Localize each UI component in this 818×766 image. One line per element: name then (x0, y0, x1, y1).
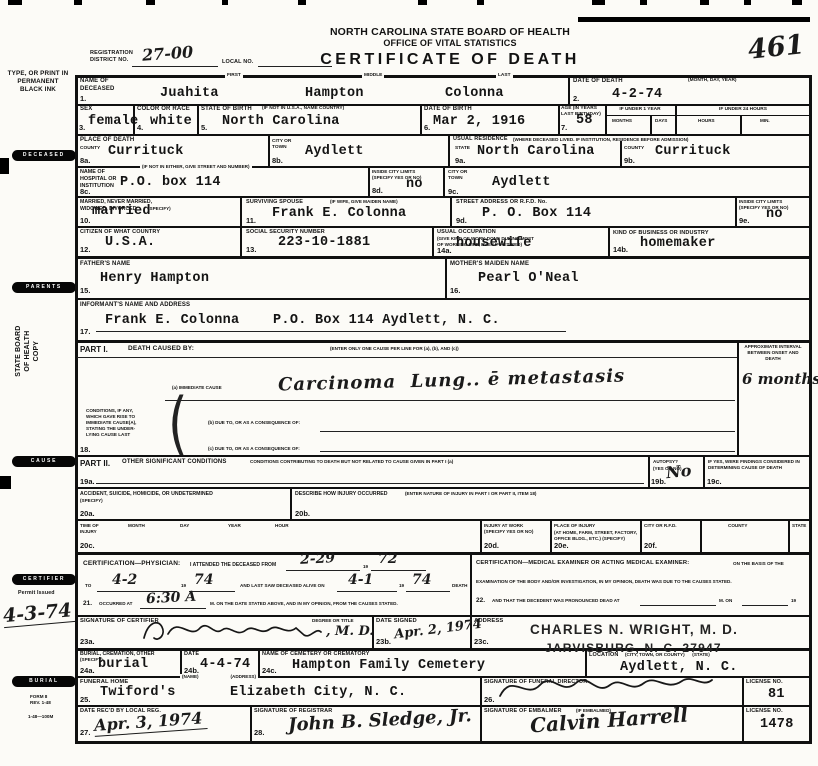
deceased-middle-name: Hampton (305, 86, 364, 101)
field-number: 5. (201, 123, 207, 132)
field-number: 23b. (376, 637, 391, 646)
injury-at-work-sub: (SPECIFY YES OR NO) (484, 529, 546, 535)
margin-tab-parents: PARENTS (12, 282, 76, 293)
last-alive-date: 4-1 (348, 572, 373, 588)
registration-mark (792, 0, 802, 5)
field-number: 3. (79, 123, 85, 132)
divider (75, 134, 810, 136)
margin-received-date: 4-3-74 (2, 599, 76, 628)
divider (420, 104, 422, 134)
line (640, 605, 716, 606)
registration-district-value: 27-00 (141, 42, 193, 65)
street-address-value: P. O. Box 114 (482, 206, 591, 221)
field-number: 21. (83, 600, 92, 607)
divider (240, 196, 242, 226)
mother-name-label: MOTHER'S MAIDEN NAME (450, 261, 529, 269)
spouse-sub: (IF WIFE, GIVE MAIDEN NAME) (330, 199, 398, 205)
certifier-signature (138, 614, 323, 646)
section-divider (75, 552, 810, 555)
to-text: TO (85, 583, 91, 589)
divider (737, 340, 739, 455)
attended-from-year: 72 (378, 551, 397, 567)
deceased-first-name: Juahita (160, 86, 219, 101)
registration-mark (418, 0, 427, 5)
divider (75, 298, 810, 300)
divider (788, 519, 790, 552)
field-number: 9b. (624, 156, 635, 165)
certification-physician-head: CERTIFICATION—PHYSICIAN: (83, 560, 180, 568)
divider (443, 166, 445, 196)
part2-title: OTHER SIGNIFICANT CONDITIONS (122, 459, 227, 467)
state-of-birth-value: North Carolina (222, 114, 340, 129)
funeral-home-sub: (NAME) (ADDRESS) (180, 674, 258, 680)
line (96, 483, 644, 484)
race-label: COLOR OR RACE (137, 106, 190, 114)
registration-mark (298, 0, 306, 5)
minutes-header: MIN. (760, 118, 770, 124)
injury-state-label: STATE (792, 523, 806, 529)
father-name-label: FATHER'S NAME (80, 261, 130, 269)
print-code: 1-48—100M (28, 714, 53, 720)
field-number: 18. (80, 445, 90, 454)
field-number: 7. (561, 123, 567, 132)
line (320, 451, 735, 452)
divider (258, 648, 260, 676)
divider (558, 104, 560, 134)
divider (240, 226, 242, 256)
divider (568, 75, 570, 104)
under-24-hours-label: IF UNDER 24 HOURS (678, 107, 808, 113)
autopsy-value: No (665, 461, 692, 483)
registration-mark (74, 0, 82, 5)
field-number: 19c. (707, 477, 722, 486)
registration-district-label: REGISTRATION DISTRICT NO. (90, 50, 133, 64)
examiner-opinion-text: EXAMINATION OF THE BODY AND/OR INVESTIGA… (476, 579, 806, 585)
form-border (75, 741, 812, 744)
industry-value: homemaker (640, 236, 716, 251)
field-number: 28. (254, 728, 264, 737)
cause-note: (ENTER ONLY ONE CAUSE PER LINE FOR (a), … (330, 346, 459, 352)
time-of-death-value: 6:30 A (146, 589, 197, 608)
divider (432, 226, 434, 256)
divider (608, 226, 610, 256)
death-certificate-scan: NORTH CAROLINA STATE BOARD OF HEALTH OFF… (0, 0, 818, 766)
residence-county-value: Currituck (655, 144, 731, 159)
certifier-stamp-address: JARVISBURG, N. C. 27947 (545, 641, 722, 655)
accident-label: ACCIDENT, SUICIDE, HOMICIDE, OR UNDETERM… (80, 491, 213, 498)
death-county-value: Currituck (108, 144, 184, 159)
year-prefix: 19 (791, 598, 796, 604)
registration-mark (146, 0, 155, 5)
year-prefix: 19 (399, 583, 404, 589)
certifier-signature-suffix: , M. D. (326, 624, 374, 639)
field-number: 24a. (80, 666, 95, 675)
field-number: 20d. (484, 541, 499, 550)
county-label: COUNTY (80, 146, 100, 152)
divider (742, 705, 744, 741)
line (406, 591, 450, 592)
days-header: DAYS (655, 118, 667, 124)
name-last-header: LAST (496, 73, 513, 79)
date-of-birth-label: DATE OF BIRTH (424, 106, 472, 114)
line (132, 66, 218, 67)
divider (75, 196, 810, 198)
registration-mark (640, 0, 647, 5)
divider (620, 141, 622, 166)
marital-sub: (SPECIFY) (148, 206, 171, 212)
hospital-sub: (IF NOT IN EITHER, GIVE STREET AND NUMBE… (140, 164, 252, 170)
divider (605, 115, 810, 116)
field-number: 1. (80, 94, 86, 103)
field-number: 23a. (80, 637, 95, 646)
divider (268, 134, 270, 166)
divider (75, 487, 810, 489)
pronounced-text: AND THAT THE DECEDENT WAS PRONOUNCED DEA… (492, 598, 620, 604)
injury-county-label: COUNTY (728, 523, 747, 529)
place-of-injury-label: PLACE OF INJURY (554, 523, 595, 529)
registration-mark (744, 0, 751, 5)
field-number: 9c. (448, 187, 458, 196)
residence-state-value: North Carolina (477, 144, 595, 159)
divider (640, 519, 642, 552)
divider (180, 648, 182, 676)
section-divider (75, 256, 810, 259)
date-signed-label: DATE SIGNED (376, 618, 417, 625)
field-number: 22. (476, 597, 485, 604)
cemetery-value: Hampton Family Cemetery (292, 658, 485, 673)
divider (450, 196, 452, 226)
divider (648, 455, 650, 487)
field-number: 25. (80, 695, 90, 704)
divider (445, 256, 447, 298)
sex-value: female (88, 114, 138, 129)
registration-mark (700, 0, 709, 5)
date-of-death-value: 4-2-74 (612, 87, 662, 102)
certifier-stamp-name: CHARLES N. WRIGHT, M. D. (530, 622, 738, 637)
form-border (809, 75, 812, 744)
interval-value: 6 months.. (742, 370, 818, 388)
months-header: MONTHS (612, 118, 632, 124)
findings-label: IF YES, WERE FINDINGS CONSIDERED IN DETE… (708, 459, 808, 471)
permit-issued-note: Permit Issued (18, 590, 55, 597)
license-number-value: 81 (768, 687, 785, 702)
line (258, 66, 332, 67)
line (77, 357, 737, 358)
last-alive-year: 74 (412, 572, 431, 588)
describe-injury-label: DESCRIBE HOW INJURY OCCURRED (295, 491, 388, 498)
divider (197, 104, 199, 134)
occurred-tail-text: M. ON THE DATE STATED ABOVE, AND IN MY O… (210, 601, 460, 607)
attended-to-date: 4-2 (112, 572, 137, 588)
cemetery-label: NAME OF CEMETERY OR CREMATORY (262, 651, 370, 658)
divider (448, 134, 450, 166)
interval-header: APPROXIMATE INTERVAL BETWEEN ONSET AND D… (740, 344, 806, 362)
occupation-value: housewife (456, 236, 532, 251)
citizen-value: U.S.A. (105, 235, 155, 250)
immediate-cause-value: Carcinoma Lung.. ē metastasis (278, 365, 626, 395)
field-number: 13. (246, 245, 256, 254)
attended-text: I ATTENDED THE DECEASED FROM (190, 562, 276, 569)
field-number: 8b. (272, 156, 283, 165)
age-value: 58 (576, 113, 593, 128)
funeral-director-signature (492, 668, 717, 704)
occurred-at-text: OCCURRED AT (99, 601, 132, 607)
occupation-label: USUAL OCCUPATION (437, 229, 496, 236)
ssn-value: 223-10-1881 (278, 235, 370, 250)
part2-note: CONDITIONS CONTRIBUTING TO DEATH BUT NOT… (250, 459, 640, 465)
divider (675, 104, 677, 134)
residence-city-label: CITY OR TOWN (448, 170, 467, 182)
address-label: ADDRESS (474, 618, 503, 625)
field-number: 19b. (651, 477, 666, 486)
father-name-value: Henry Hampton (100, 271, 209, 286)
divider (700, 519, 702, 552)
field-number: 17. (80, 327, 90, 336)
deceased-last-name: Colonna (445, 86, 504, 101)
line (96, 331, 566, 332)
death-city-value: Aydlett (305, 144, 364, 159)
last-saw-text: AND LAST SAW DECEASED ALIVE ON (240, 583, 325, 589)
registration-mark (477, 0, 484, 5)
hospital-value: P.O. box 114 (120, 175, 221, 190)
month-header: MONTH (128, 523, 145, 529)
inside-city-limits-value: no (766, 207, 783, 222)
year-header: YEAR (228, 523, 241, 529)
hours-header: HOURS (698, 118, 715, 124)
office-title: OFFICE OF VITAL STATISTICS (280, 38, 620, 49)
divider (650, 115, 652, 134)
degree-title-label: DEGREE OR TITLE (312, 618, 354, 624)
street-address-label: STREET ADDRESS OR R.F.D. No. (456, 199, 547, 206)
informant-value: Frank E. Colonna P.O. Box 114 Aydlett, N… (105, 313, 500, 328)
section-divider (75, 340, 810, 343)
margin-tab-certifier: CERTIFIER (12, 574, 76, 585)
county-label: COUNTY (624, 146, 644, 152)
conditions-note: CONDITIONS, IF ANY, WHICH GAVE RISE TO I… (86, 408, 170, 438)
registration-mark (8, 0, 22, 5)
field-number: 6. (424, 123, 430, 132)
field-number: 14a. (437, 246, 452, 255)
field-number: 20a. (80, 509, 95, 518)
residence-city-value: Aydlett (492, 175, 551, 190)
field-number: 15. (80, 286, 90, 295)
deceased-name-label: NAME OF DECEASED (80, 78, 115, 93)
local-no-label: LOCAL NO. (222, 59, 254, 66)
field-number: 9d. (456, 216, 467, 225)
field-number: 10. (80, 216, 90, 225)
divider (735, 196, 737, 226)
field-number: 20f. (644, 541, 657, 550)
field-number: 20b. (295, 509, 310, 518)
field-number: 23c. (474, 637, 489, 646)
hour-header: HOUR (275, 523, 289, 529)
field-number: 16. (450, 286, 460, 295)
divider (550, 519, 552, 552)
field-number: 9a. (455, 156, 465, 165)
state-of-birth-sub: (IF NOT IN U.S.A., NAME COUNTRY) (262, 106, 344, 112)
divider (703, 455, 705, 487)
certification-examiner-head: CERTIFICATION—MEDICAL EXAMINER OR ACTING… (476, 560, 689, 567)
usual-residence-header: USUAL RESIDENCE (453, 136, 508, 143)
field-number: 2. (573, 94, 579, 103)
name-middle-header: MIDDLE (362, 73, 384, 79)
divider (75, 226, 810, 228)
field-number: 8d. (372, 186, 383, 195)
sex-label: SEX (80, 106, 92, 114)
field-number: 9e. (739, 216, 749, 225)
divider (480, 676, 482, 705)
usual-residence-sub: (WHERE DECEASED LIVED. IF INSTITUTION, R… (513, 137, 688, 143)
field-number: 19a. (80, 477, 95, 486)
margin-tab-burial: BURIAL (12, 676, 76, 687)
inside-city-limits-value: no (406, 177, 423, 192)
funeral-home-name: Twiford's (100, 685, 176, 700)
part2-label: PART II. (80, 459, 110, 468)
city-label: CITY OR TOWN (272, 139, 291, 151)
describe-injury-sub: (ENTER NATURE OF INJURY IN PART I OR PAR… (405, 491, 536, 497)
brace-glyph: ( (168, 384, 188, 462)
date-of-death-label: DATE OF DEATH (573, 78, 623, 86)
registration-mark (592, 0, 605, 5)
license-label: LICENSE NO. (746, 679, 783, 686)
state-of-birth-label: STATE OF BIRTH (201, 106, 252, 114)
state-label: STATE (455, 146, 470, 152)
serial-number: 461 (747, 29, 806, 66)
divider (480, 705, 482, 741)
field-number: 11. (246, 216, 256, 225)
attended-from-date: 2-29 (300, 550, 336, 568)
copy-designation: STATE BOARD OF HEALTH COPY (15, 309, 41, 393)
part1-label: PART I. (80, 345, 108, 354)
examiner-basis-text: ON THE BASIS OF THE (733, 561, 784, 567)
form-border (75, 75, 78, 744)
line (140, 608, 206, 609)
due-to-b-label: (b) DUE TO, OR AS A CONSEQUENCE OF: (208, 420, 300, 426)
scan-edge-artifact (0, 476, 11, 489)
ink-instruction: TYPE, OR PRINT IN PERMANENT BLACK INK (2, 70, 74, 94)
spouse-label: SURVIVING SPOUSE (246, 199, 303, 206)
scan-bar-artifact (578, 17, 810, 22)
inside-city-limits-sub: (SPECIFY YES OR NO) (372, 175, 434, 181)
time-of-injury-label: TIME OF INJURY (80, 523, 99, 535)
field-number: 14b. (613, 245, 628, 254)
line (337, 591, 397, 592)
field-number: 8c. (80, 187, 90, 196)
divider (290, 487, 292, 519)
field-number: 27. (80, 728, 90, 737)
field-number: 24c. (262, 666, 277, 675)
spouse-value: Frank E. Colonna (272, 206, 406, 221)
divider (480, 519, 482, 552)
field-number: 12. (80, 245, 90, 254)
divider (470, 552, 472, 615)
burial-type-value: burial (98, 657, 148, 672)
field-number: 4. (137, 123, 143, 132)
mother-name-value: Pearl O'Neal (478, 271, 579, 286)
divider (368, 166, 370, 196)
line (165, 400, 735, 401)
divider (250, 705, 252, 741)
race-value: white (150, 114, 192, 129)
accident-sub: (SPECIFY) (80, 498, 103, 504)
license-number-value: 1478 (760, 717, 794, 732)
m-on-text: M. ON (719, 598, 732, 604)
marital-value: married (92, 204, 151, 219)
line (742, 605, 788, 606)
field-number: 20c. (80, 541, 95, 550)
year-prefix: 19 (181, 583, 186, 589)
margin-tab-cause: CAUSE (12, 456, 76, 467)
date-of-death-sub: (MONTH, DAY, YEAR) (688, 78, 737, 84)
line (320, 431, 735, 432)
divider (742, 676, 744, 705)
due-to-c-label: (c) DUE TO, OR AS A CONSEQUENCE OF: (208, 446, 300, 452)
burial-date-label: DATE (184, 651, 199, 658)
under-1-year-label: IF UNDER 1 YEAR (606, 107, 674, 113)
death-word: DEATH (452, 583, 467, 589)
attended-to-year: 74 (194, 572, 213, 588)
burial-date-value: 4-4-74 (200, 657, 250, 672)
field-number: 20e. (554, 541, 569, 550)
funeral-home-address: Elizabeth City, N. C. (230, 685, 406, 700)
field-number: 8a. (80, 156, 90, 165)
form-number: FORM 8 REV. 1-48 (30, 694, 51, 706)
day-header: DAY (180, 523, 189, 529)
divider (740, 115, 742, 134)
injury-city-label: CITY OR R.F.D. (644, 523, 677, 529)
informant-label: INFORMANT'S NAME AND ADDRESS (80, 302, 190, 310)
death-caused-by-label: DEATH CAUSED BY: (128, 345, 194, 353)
date-of-birth-value: Mar 2, 1916 (433, 114, 525, 129)
license-label: LICENSE NO. (746, 708, 783, 715)
margin-tab-deceased: DECEASED (12, 150, 76, 161)
year-prefix: 19 (363, 564, 368, 570)
name-first-header: FIRST (225, 73, 243, 79)
scan-edge-artifact (0, 158, 9, 174)
registration-mark (222, 0, 228, 5)
